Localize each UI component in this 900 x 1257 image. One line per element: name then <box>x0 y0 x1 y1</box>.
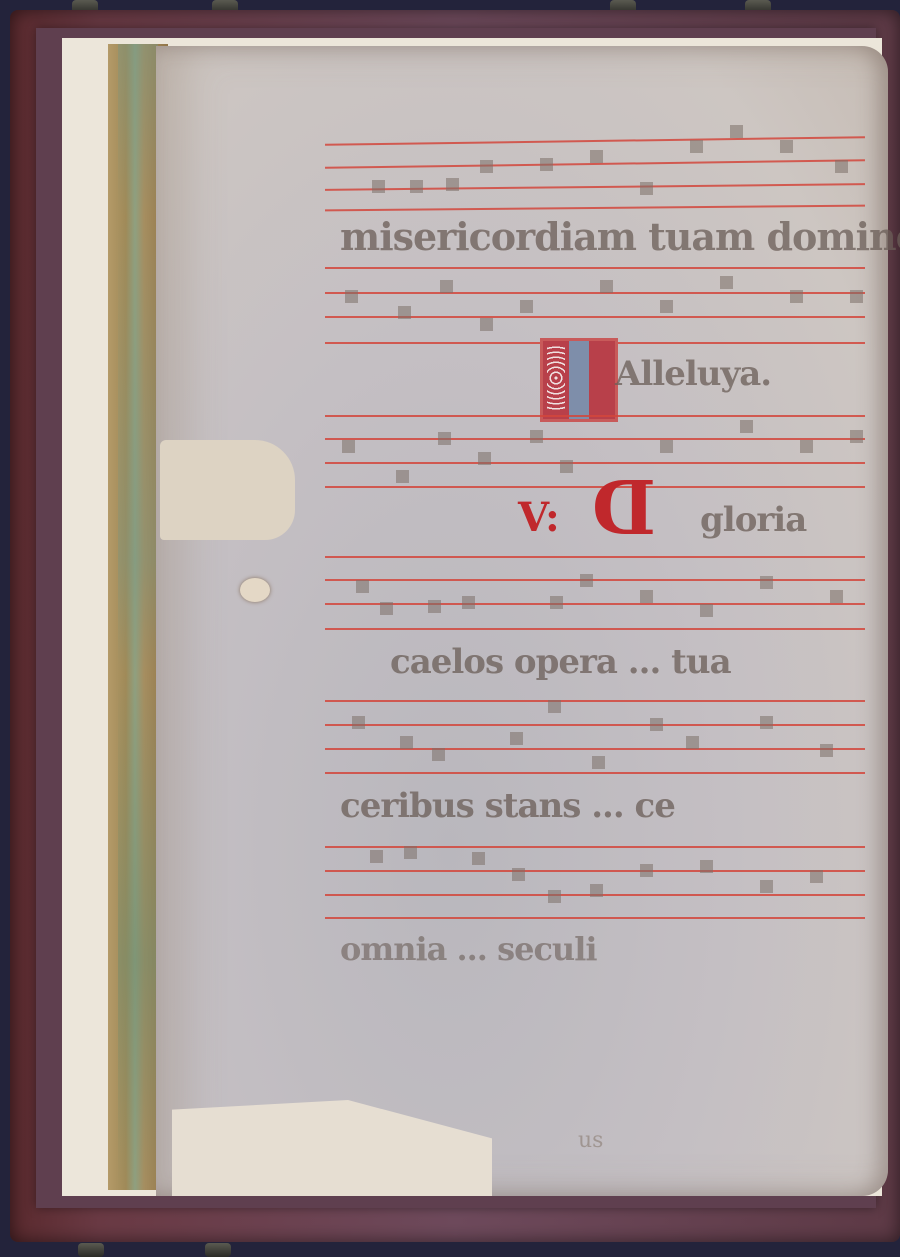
illuminated-initial-a <box>540 338 618 422</box>
parchment-repair <box>160 440 295 540</box>
clasp <box>205 1243 231 1257</box>
clasp <box>78 1243 104 1257</box>
lyric-line-5: ceribus stans ... ce <box>340 786 675 826</box>
rubric-versicle: V: <box>518 494 560 541</box>
lyric-line-4: caelos opera ... tua <box>390 642 731 682</box>
lyric-line-1: misericordiam tuam domine <box>340 214 900 259</box>
lyric-gloria: gloria <box>700 500 806 540</box>
rubric-initial-d: D <box>592 462 656 548</box>
parchment-hole <box>240 578 270 602</box>
lyric-line-6: omnia ... seculi <box>340 930 597 968</box>
lyric-alleluya: Alleluya. <box>615 354 771 394</box>
folio-mark: us <box>578 1128 603 1153</box>
